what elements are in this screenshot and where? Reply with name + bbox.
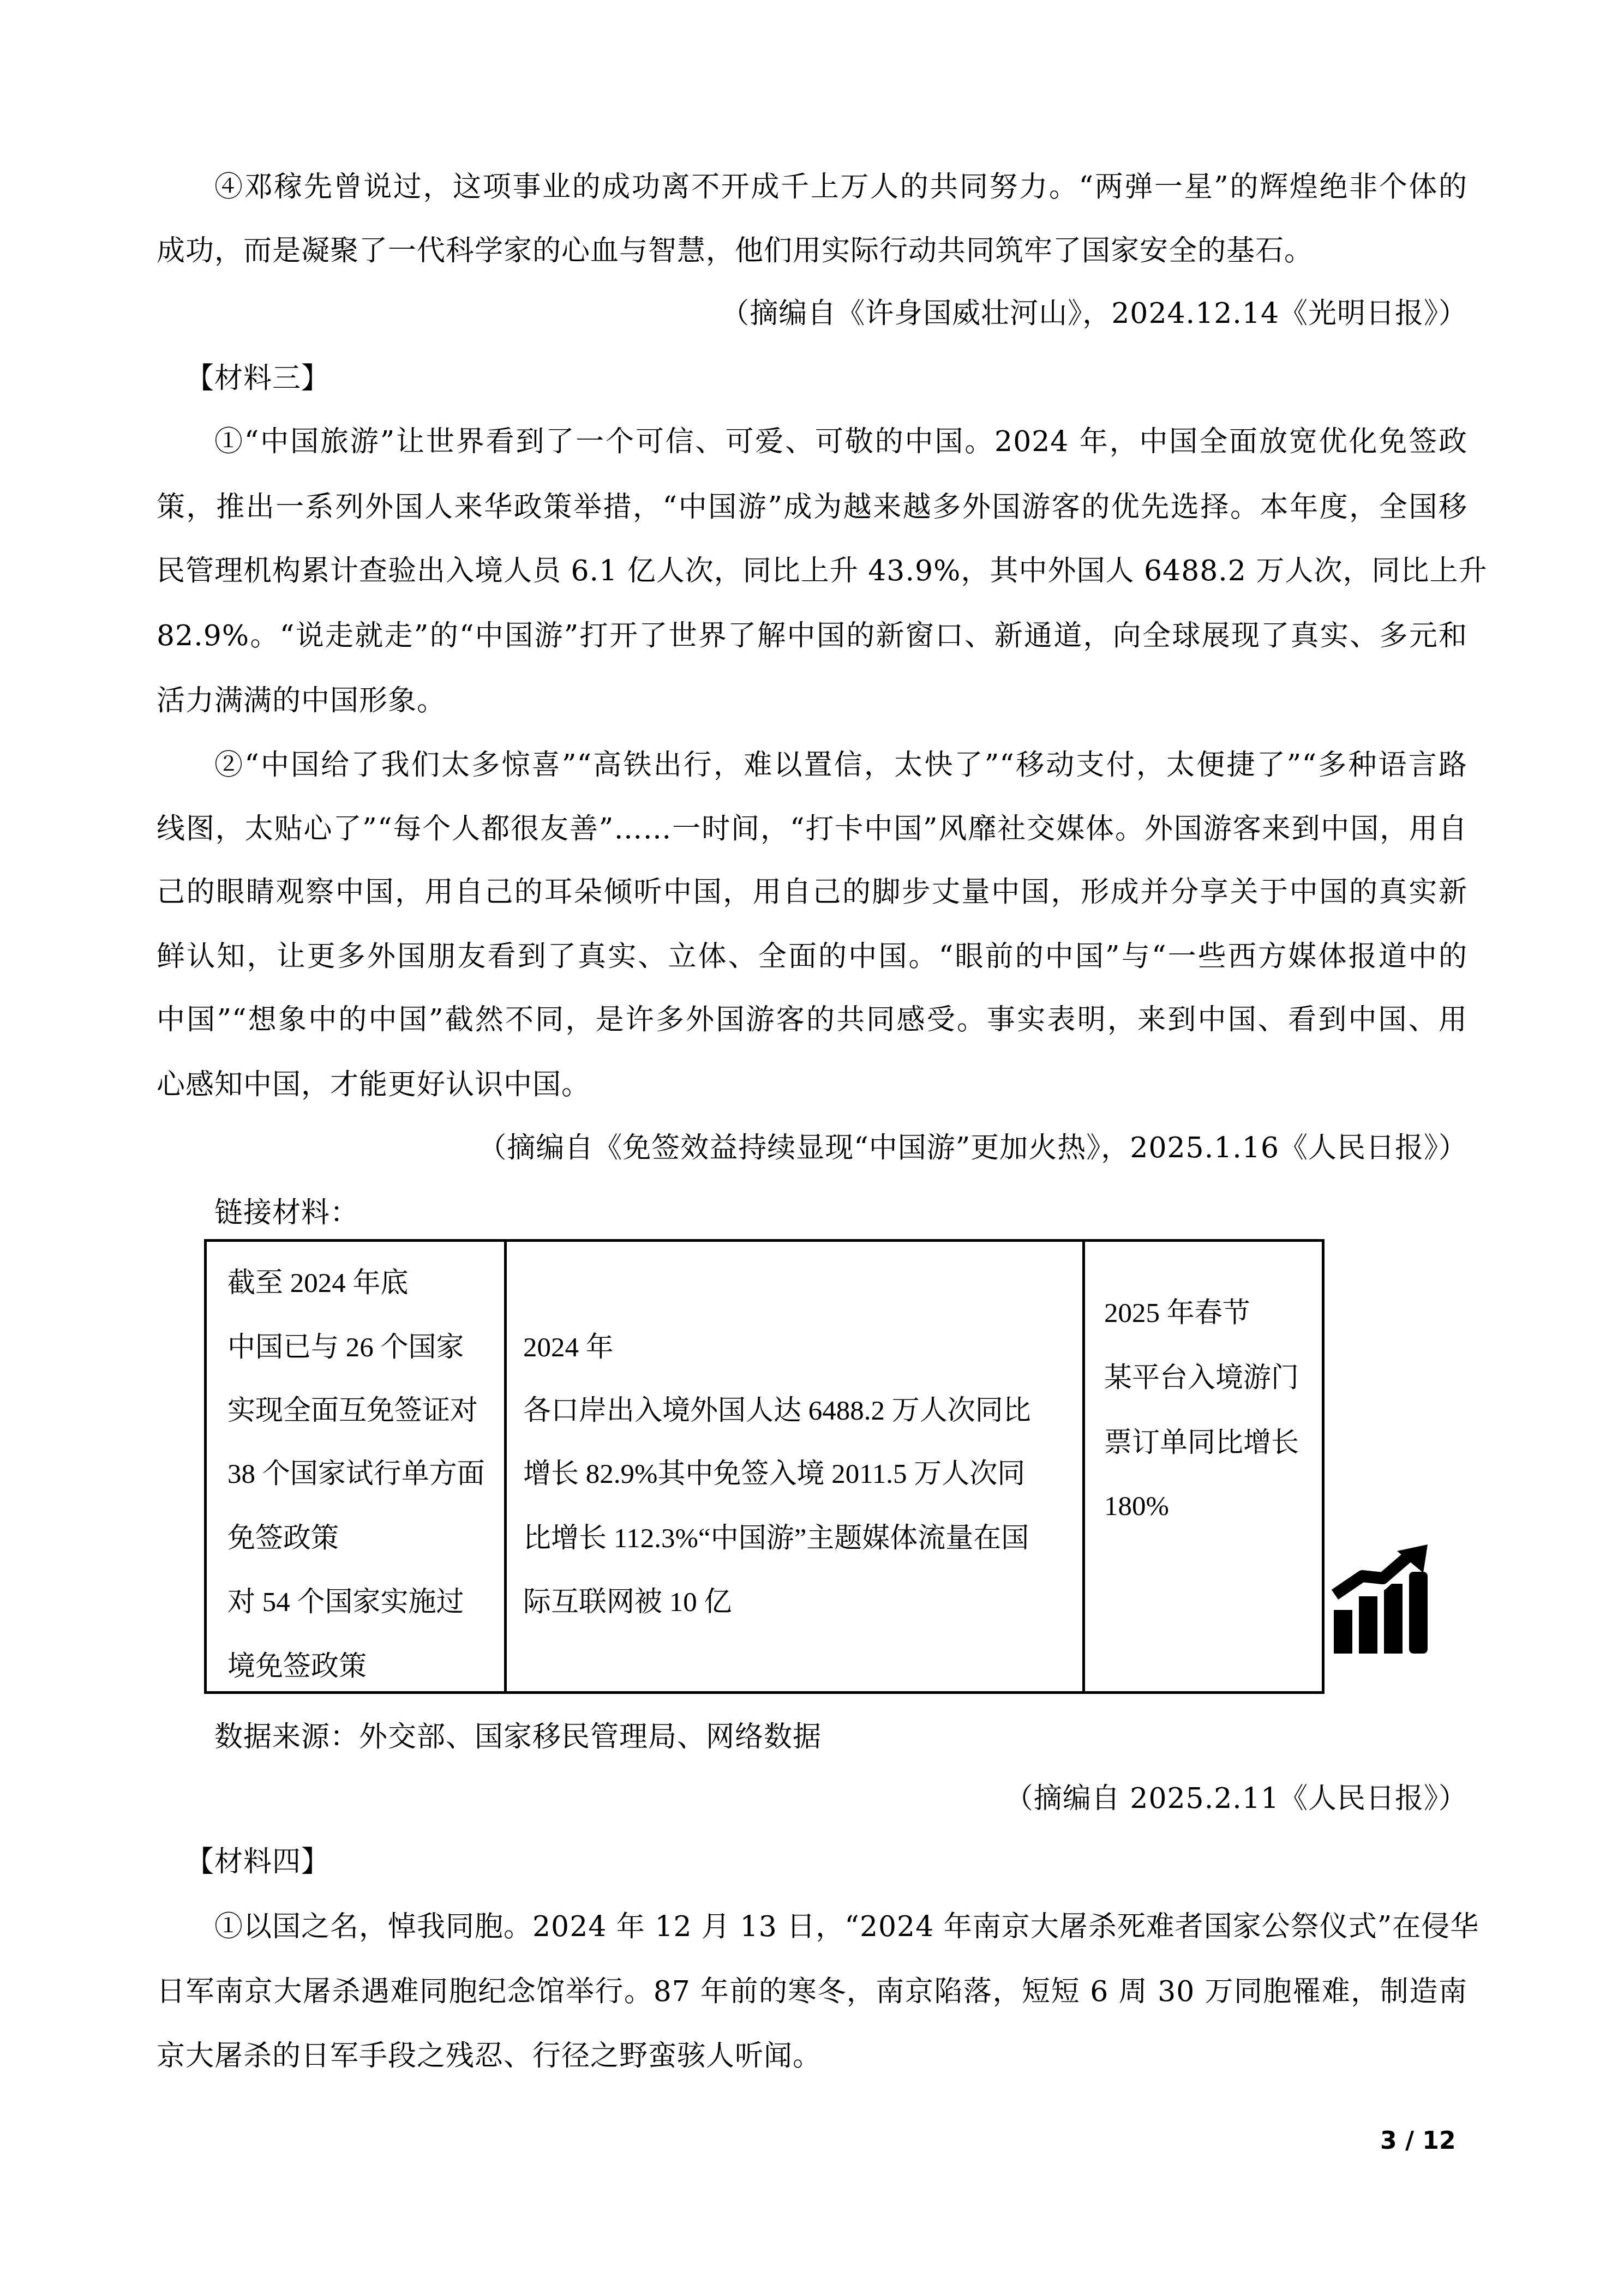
m3-para2-line-4: 鲜认知，让更多外国朋友看到了真实、立体、全面的中国。“眼前的中国”与“一些西方媒… [157, 935, 1467, 978]
m2-citation: （摘编自《许身国威壮河山》，2024.12.14《光明日报》） [655, 292, 1467, 335]
table-col-visa-policy: 截至 2024 年底 中国已与 26 个国家 实现全面互免签证对 38 个国家试… [207, 1242, 507, 1691]
m4-para1-line-1: ①以国之名，悼我同胞。2024 年 12 月 13 日，“2024 年南京大屠杀… [214, 1905, 1467, 1949]
material3-heading: 【材料三】 [185, 357, 330, 400]
m3-para2-line-5: 中国”“想象中的中国”截然不同，是许多外国游客的共同感受。事实表明，来到中国、看… [157, 998, 1467, 1042]
cell-line: 境免签政策 [227, 1648, 367, 1686]
cell-line: 某平台入境游门 [1104, 1359, 1299, 1397]
cell-line: 180% [1104, 1487, 1169, 1525]
material4-heading: 【材料四】 [185, 1840, 330, 1884]
page-number: 3 / 12 [1380, 2126, 1456, 2156]
m2-para4-line-1: ④邓稼先曾说过，这项事业的成功离不开成千上万人的共同努力。“两弹一星”的辉煌绝非… [214, 165, 1467, 209]
m3-para2-line-2: 线图，太贴心了”“每个人都很友善”……一时间，“打卡中国”风靡社交媒体。外国游客… [157, 807, 1467, 851]
cell-line: 2025 年春节 [1104, 1294, 1250, 1332]
cell-line: 中国已与 26 个国家 [227, 1329, 464, 1367]
link-citation: （摘编自 2025.2.11《人民日报》） [873, 1777, 1467, 1820]
cell-line: 2024 年 [523, 1329, 614, 1367]
m3-para1-line-3: 民管理机构累计查验出入境人员 6.1 亿人次，同比上升 43.9%，其中外国人 … [157, 549, 1467, 593]
m4-para1-line-3: 京大屠杀的日军手段之残忍、行径之野蛮骇人听闻。 [157, 2034, 1467, 2078]
m4-para1-line-2: 日军南京大屠杀遇难同胞纪念馆举行。87 年前的寒冬，南京陷落，短短 6 周 30… [157, 1970, 1467, 2013]
m3-para1-line-5: 活力满满的中国形象。 [157, 679, 1467, 723]
table-col-2024-stats: 2024 年 各口岸出入境外国人达 6488.2 万人次同比 增长 82.9%其… [504, 1242, 1085, 1691]
cell-line: 截至 2024 年底 [227, 1264, 409, 1302]
cell-line: 对 54 个国家实施过 [227, 1583, 464, 1621]
m3-para1-line-2: 策，推出一系列外国人来华政策举措，“中国游”成为越来越多外国游客的优先选择。本年… [157, 485, 1467, 529]
cell-line: 免签政策 [227, 1519, 339, 1558]
growth-bar-chart-arrow-icon [1331, 1544, 1431, 1656]
cell-line: 票订单同比增长 [1104, 1424, 1299, 1462]
data-source-note: 数据来源：外交部、国家移民管理局、网络数据 [214, 1715, 1525, 1759]
m3-para2-line-1: ②“中国给了我们太多惊喜”“高铁出行，难以置信，太快了”“移动支付，太便捷了”“… [214, 743, 1467, 787]
link-material-table: 截至 2024 年底 中国已与 26 个国家 实现全面互免签证对 38 个国家试… [204, 1239, 1325, 1694]
m3-para1-line-4: 82.9%。“说走就走”的“中国游”打开了世界了解中国的新窗口、新通道，向全球展… [157, 614, 1467, 658]
cell-line: 比增长 112.3%“中国游”主题媒体流量在国 [523, 1519, 1029, 1558]
m3-para1-line-1: ①“中国旅游”让世界看到了一个可信、可爱、可敬的中国。2024 年，中国全面放宽… [214, 420, 1467, 464]
m3-para2-line-6: 心感知中国，才能更好认识中国。 [157, 1063, 1467, 1107]
cell-line: 增长 82.9%其中免签入境 2011.5 万人次同 [523, 1455, 1025, 1493]
cell-line: 38 个国家试行单方面 [227, 1455, 485, 1493]
cell-line: 各口岸出入境外国人达 6488.2 万人次同比 [523, 1392, 1031, 1430]
link-material-label: 链接材料： [214, 1191, 1525, 1235]
m3-para2-line-3: 己的眼睛观察中国，用自己的耳朵倾听中国，用自己的脚步丈量中国，形成并分享关于中国… [157, 870, 1467, 914]
cell-line: 实现全面互免签证对 [227, 1392, 478, 1430]
m2-para4-line-2: 成功，而是凝聚了一代科学家的心血与智慧，他们用实际行动共同筑牢了国家安全的基石。 [157, 229, 1467, 273]
m3-citation: （摘编自《免签效益持续显现“中国游”更加火热》，2025.1.16《人民日报》） [436, 1126, 1467, 1170]
table-col-spring-festival: 2025 年春节 某平台入境游门 票订单同比增长 180% [1085, 1242, 1322, 1691]
cell-line: 际互联网被 10 亿 [523, 1583, 732, 1621]
